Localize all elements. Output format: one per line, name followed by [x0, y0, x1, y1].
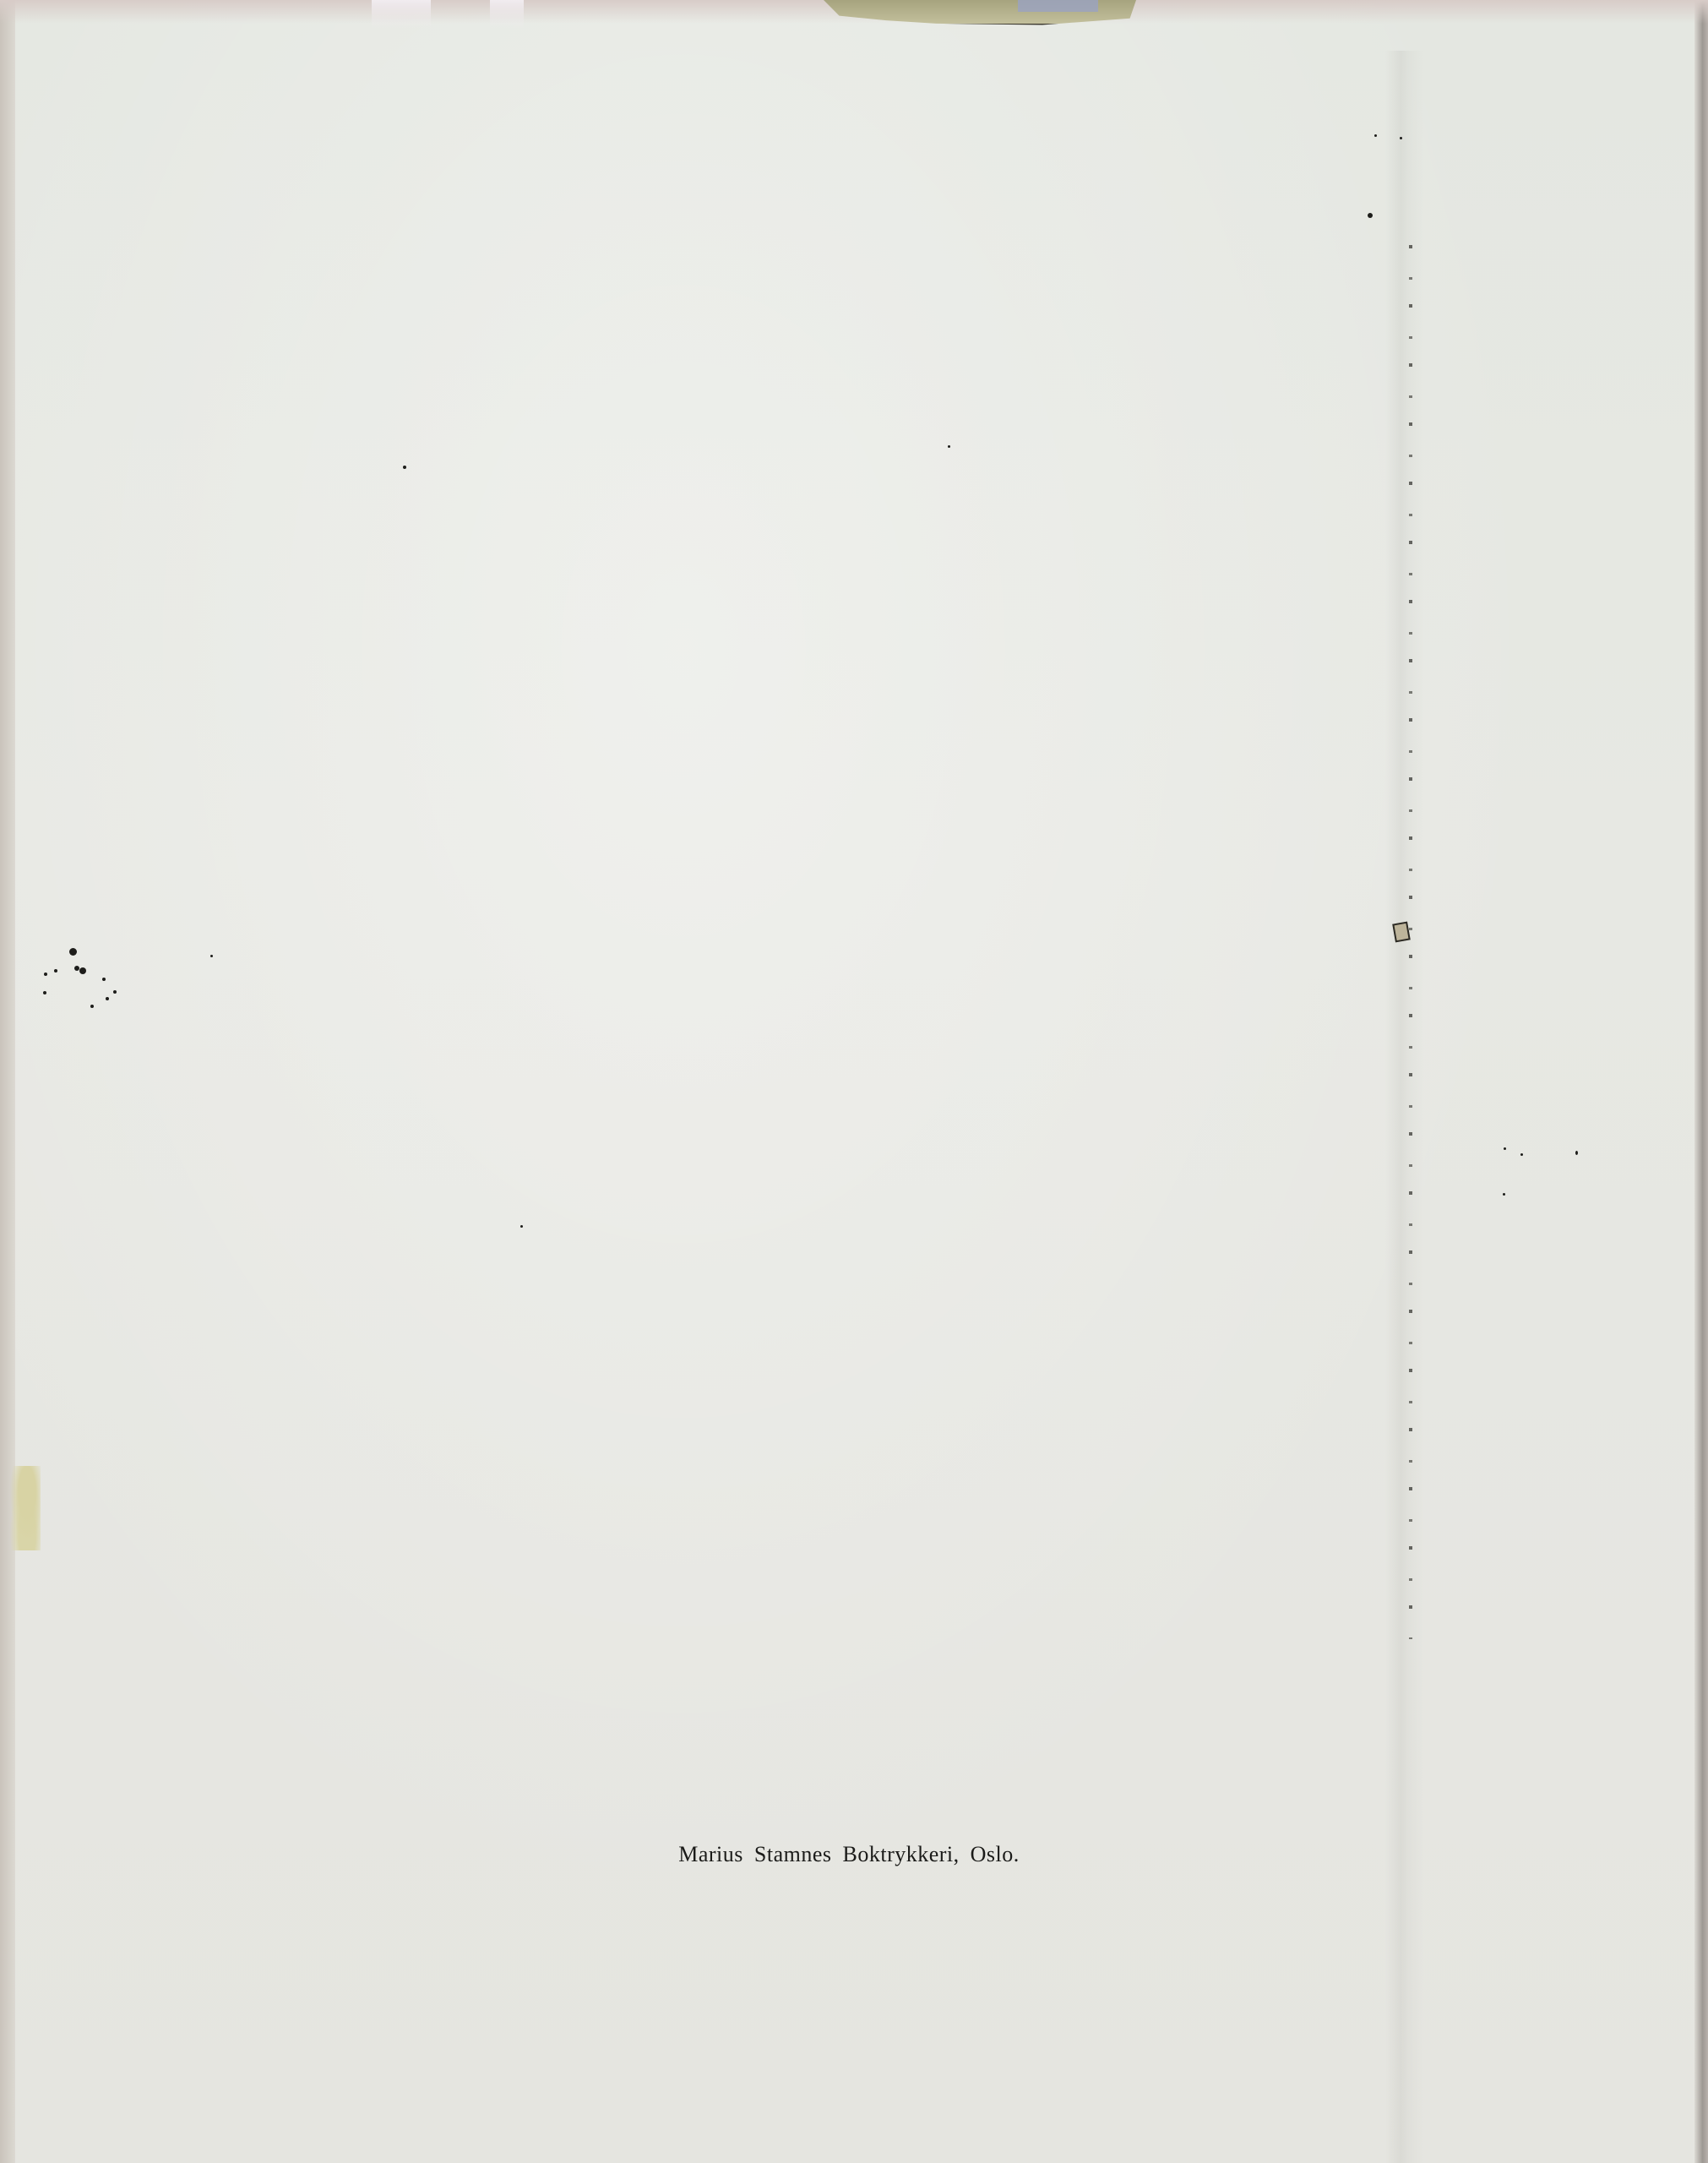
top-scuff-mark	[490, 0, 524, 29]
speck	[210, 955, 213, 957]
left-edge-stain	[7, 1466, 41, 1550]
speck	[102, 978, 106, 981]
speck	[948, 445, 950, 448]
speck	[54, 969, 57, 973]
speck	[106, 997, 109, 1000]
speck	[1503, 1193, 1505, 1196]
speck	[43, 991, 46, 994]
speck	[69, 948, 77, 956]
left-cover-edge	[0, 0, 15, 2163]
small-tear-mark	[1392, 922, 1411, 943]
speck	[1374, 134, 1377, 137]
speck	[403, 466, 406, 469]
book-back-cover: Marius Stamnes Boktrykkeri, Oslo.	[0, 0, 1708, 2163]
printer-imprint: Marius Stamnes Boktrykkeri, Oslo.	[0, 1842, 1708, 1867]
right-cover-edge	[1694, 0, 1708, 2163]
speck	[113, 990, 117, 994]
speck	[1368, 213, 1373, 218]
speck	[1575, 1151, 1578, 1155]
torn-tape-residue-blue	[1018, 0, 1098, 12]
speck	[79, 967, 86, 974]
speck	[90, 1005, 94, 1008]
top-scuff-mark	[372, 0, 431, 29]
speck	[1504, 1147, 1506, 1150]
speck	[44, 973, 47, 976]
imprint-text: Marius Stamnes Boktrykkeri, Oslo.	[678, 1842, 1020, 1866]
speck	[520, 1225, 523, 1228]
speck	[1400, 137, 1402, 139]
speck	[1520, 1153, 1523, 1156]
spine-fold-wear	[1409, 245, 1412, 1639]
